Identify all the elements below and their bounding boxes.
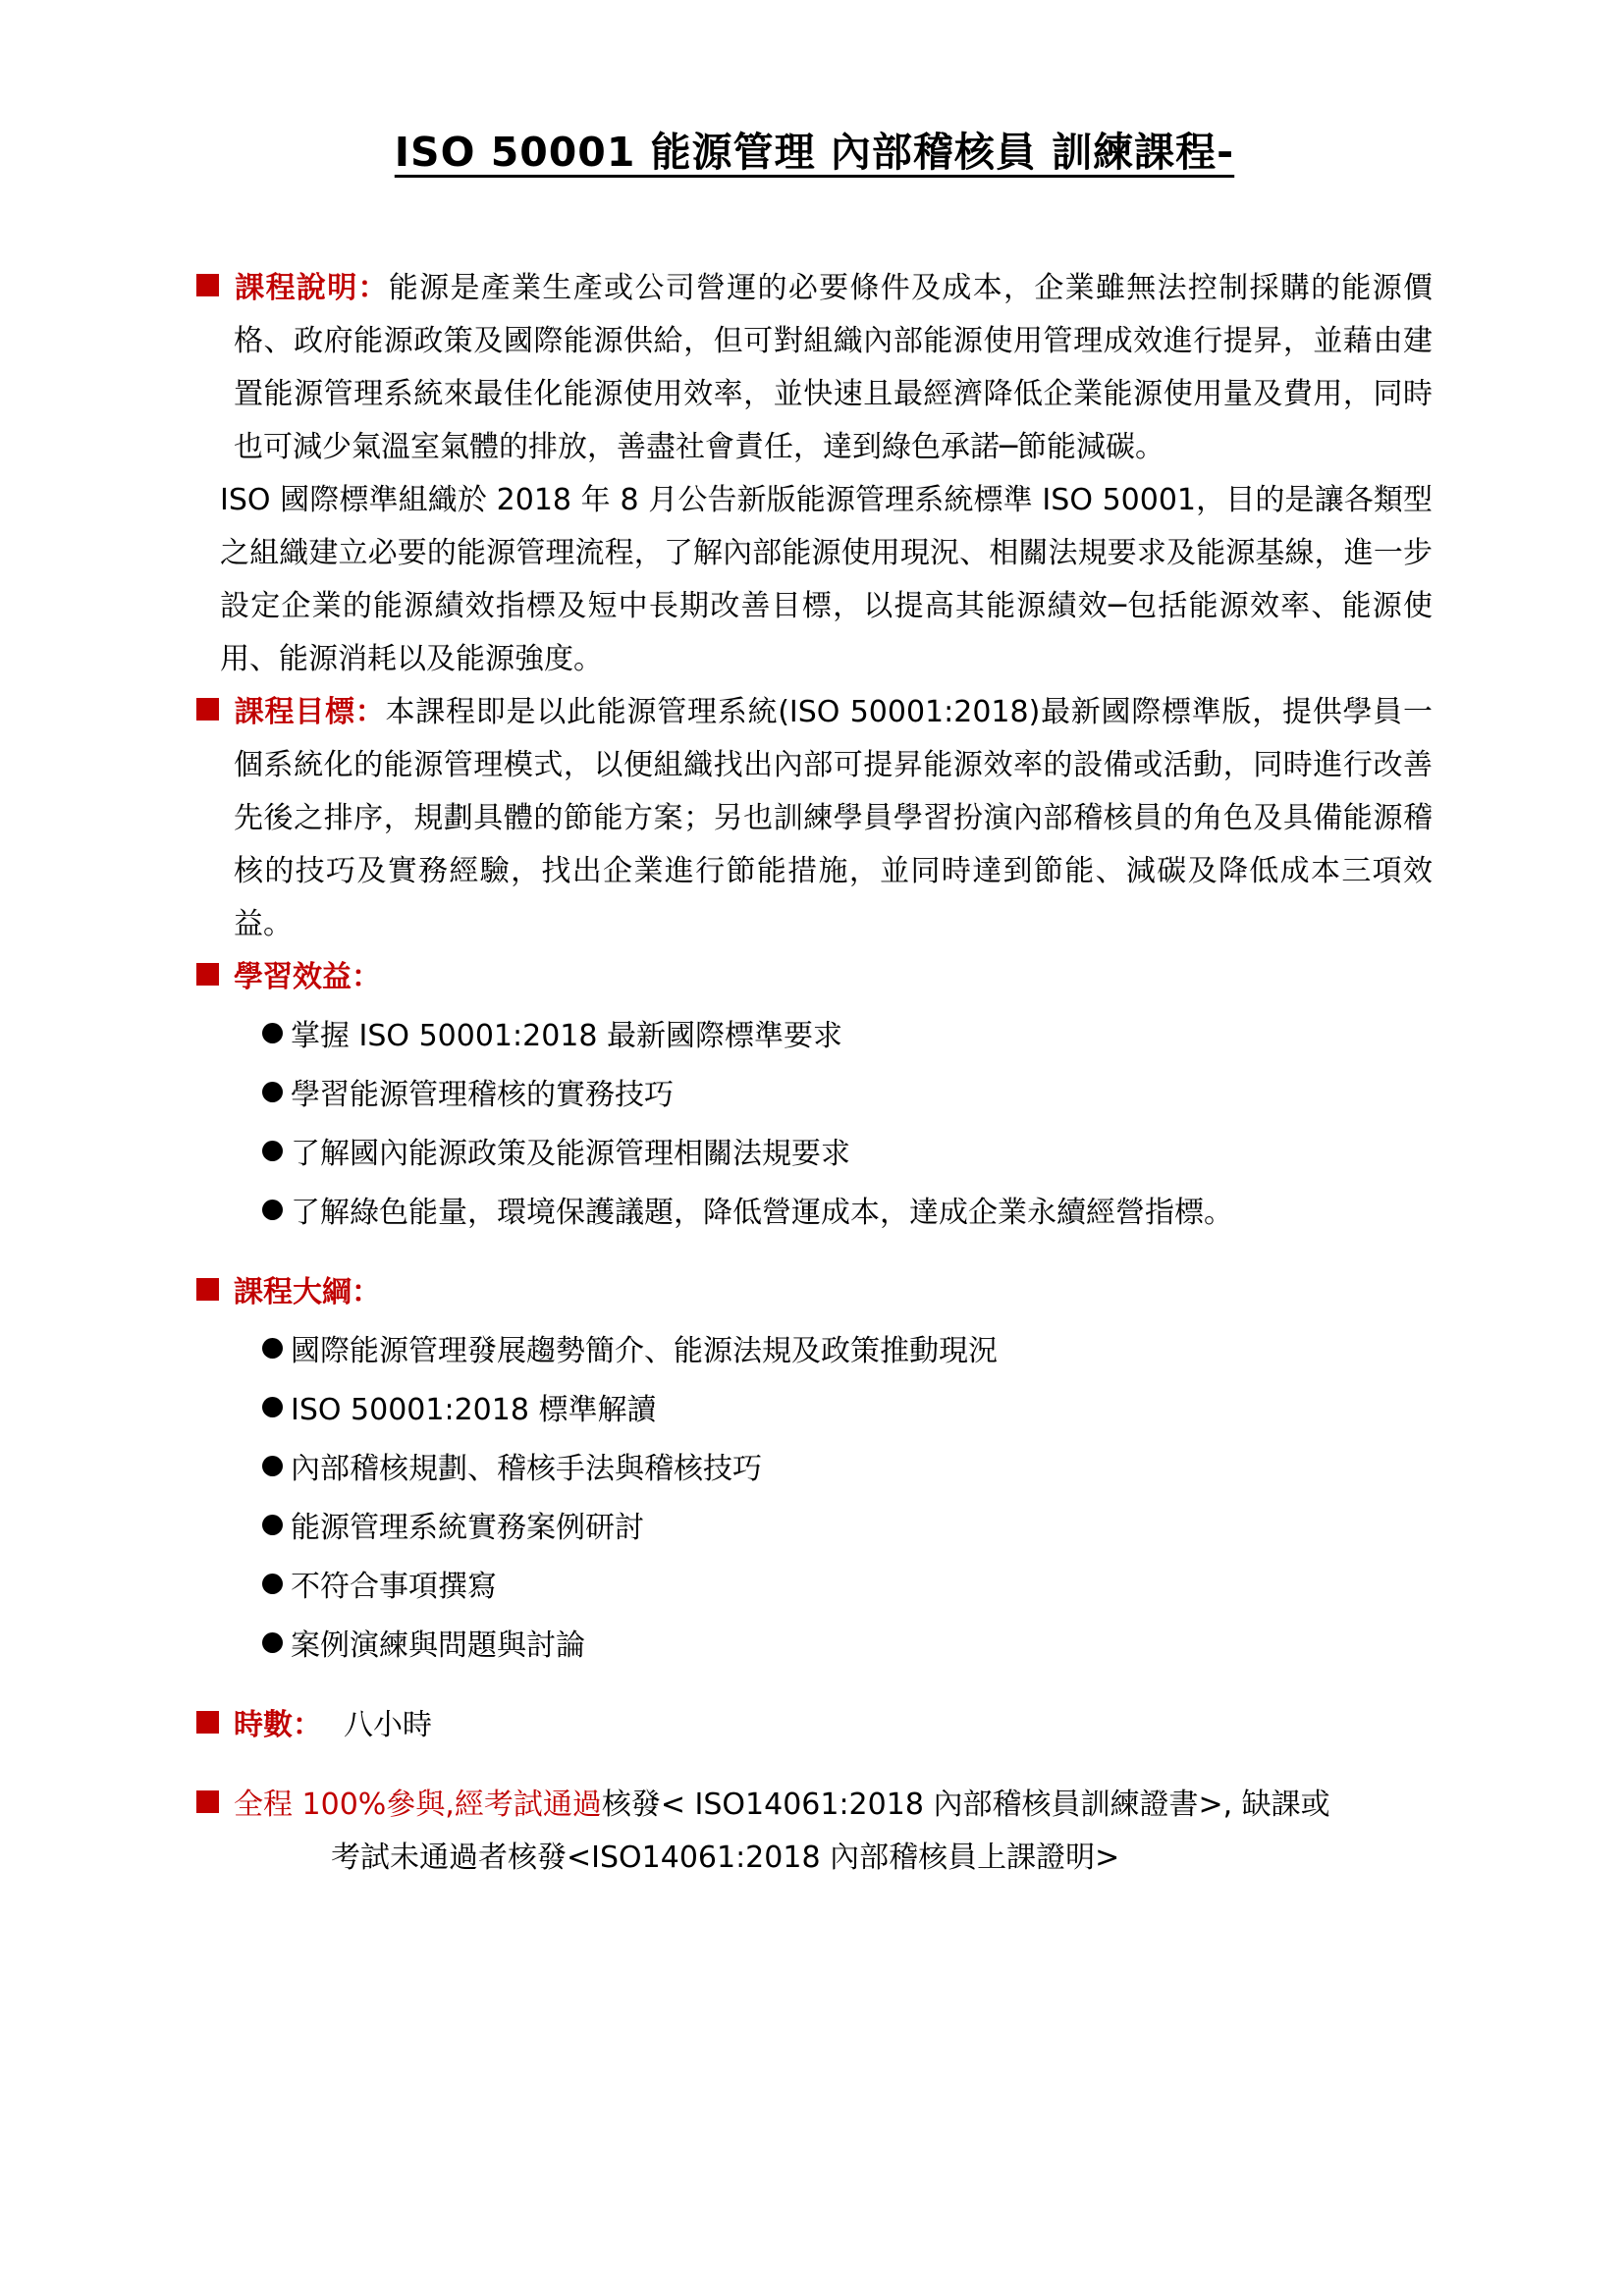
section-course-description: 課程說明：能源是產業生產或公司營運的必要條件及成本，企業雖無法控制採購的能源價格… xyxy=(196,262,1433,474)
red-square-bullet-icon xyxy=(196,1790,219,1813)
black-dot-bullet-icon xyxy=(262,1515,283,1535)
red-square-bullet-icon xyxy=(196,963,219,986)
benefit-item-text: 掌握 ISO 50001:2018 最新國際標準要求 xyxy=(291,1019,842,1053)
course-objective-text: 本課程即是以此能源管理系統(ISO 50001:2018)最新國際標準版，提供學… xyxy=(234,695,1433,941)
benefit-item-text: 學習能源管理稽核的實務技巧 xyxy=(291,1078,674,1112)
benefit-item-text: 了解綠色能量，環境保護議題，降低營運成本，達成企業永續經營指標。 xyxy=(291,1196,1233,1230)
course-objective-label: 課程目標： xyxy=(234,695,385,729)
benefits-label: 學習效益： xyxy=(234,960,381,994)
section-hours: 時數：八小時 xyxy=(196,1699,1433,1752)
black-dot-bullet-icon xyxy=(262,1632,283,1653)
outline-item: 案例演練與問題與討論 xyxy=(196,1620,1433,1673)
outline-item: 國際能源管理發展趨勢簡介、能源法規及政策推動現況 xyxy=(196,1325,1433,1378)
section-benefits-header: 學習效益： xyxy=(196,951,1433,1004)
document-page: ISO 50001 能源管理 內部稽核員 訓練課程- 課程說明：能源是產業生產或… xyxy=(0,0,1624,2296)
outline-item-text: 能源管理系統實務案例研討 xyxy=(291,1511,644,1545)
outline-item-text: 內部稽核規劃、稽核手法與稽核技巧 xyxy=(291,1452,762,1486)
outline-item-text: 不符合事項撰寫 xyxy=(291,1570,497,1604)
outline-item: ISO 50001:2018 標準解讀 xyxy=(196,1384,1433,1437)
outline-item-text: 國際能源管理發展趨勢簡介、能源法規及政策推動現況 xyxy=(291,1334,998,1368)
outline-label: 課程大綱： xyxy=(234,1275,381,1309)
benefit-item: 了解國內能源政策及能源管理相關法規要求 xyxy=(196,1128,1433,1181)
section-outline-header: 課程大綱： xyxy=(196,1266,1433,1319)
black-dot-bullet-icon xyxy=(262,1023,283,1043)
red-square-bullet-icon xyxy=(196,274,219,296)
course-description-paragraph2: ISO 國際標準組織於 2018 年 8 月公告新版能源管理系統標準 ISO 5… xyxy=(196,474,1433,686)
benefit-item: 了解綠色能量，環境保護議題，降低營運成本，達成企業永續經營指標。 xyxy=(196,1187,1433,1240)
section-certificate: 全程 100%參與,經考試通過核發< ISO14061:2018 內部稽核員訓練… xyxy=(196,1779,1433,1832)
black-dot-bullet-icon xyxy=(262,1082,283,1102)
black-dot-bullet-icon xyxy=(262,1574,283,1594)
outline-item: 不符合事項撰寫 xyxy=(196,1561,1433,1614)
hours-value: 八小時 xyxy=(344,1708,432,1742)
black-dot-bullet-icon xyxy=(262,1397,283,1417)
benefit-item-text: 了解國內能源政策及能源管理相關法規要求 xyxy=(291,1137,850,1171)
course-description-label: 課程說明： xyxy=(234,271,389,305)
certificate-issue-text: 核發< ISO14061:2018 內部稽核員訓練證書>, 缺課或 xyxy=(602,1788,1330,1822)
black-dot-bullet-icon xyxy=(262,1141,283,1161)
black-dot-bullet-icon xyxy=(262,1200,283,1220)
outline-item-text: 案例演練與問題與討論 xyxy=(291,1629,585,1663)
hours-label: 時數： xyxy=(234,1708,322,1742)
red-square-bullet-icon xyxy=(196,1711,219,1734)
course-description-text: 能源是產業生產或公司營運的必要條件及成本，企業雖無法控制採購的能源價格、政府能源… xyxy=(234,271,1433,464)
outline-item: 內部稽核規劃、稽核手法與稽核技巧 xyxy=(196,1443,1433,1496)
black-dot-bullet-icon xyxy=(262,1338,283,1359)
black-dot-bullet-icon xyxy=(262,1456,283,1476)
certificate-condition-text: 全程 100%參與,經考試通過 xyxy=(234,1788,602,1822)
page-title: ISO 50001 能源管理 內部稽核員 訓練課程- xyxy=(196,120,1433,178)
certificate-fail-text: 考試未通過者核發<ISO14061:2018 內部稽核員上課證明> xyxy=(196,1832,1433,1885)
outline-item-text: ISO 50001:2018 標準解讀 xyxy=(291,1393,656,1427)
red-square-bullet-icon xyxy=(196,1278,219,1301)
page-title-text: ISO 50001 能源管理 內部稽核員 訓練課程- xyxy=(395,129,1234,176)
red-square-bullet-icon xyxy=(196,698,219,721)
outline-item: 能源管理系統實務案例研討 xyxy=(196,1502,1433,1555)
benefit-item: 學習能源管理稽核的實務技巧 xyxy=(196,1069,1433,1122)
section-course-objective: 課程目標：本課程即是以此能源管理系統(ISO 50001:2018)最新國際標準… xyxy=(196,686,1433,951)
benefit-item: 掌握 ISO 50001:2018 最新國際標準要求 xyxy=(196,1010,1433,1063)
